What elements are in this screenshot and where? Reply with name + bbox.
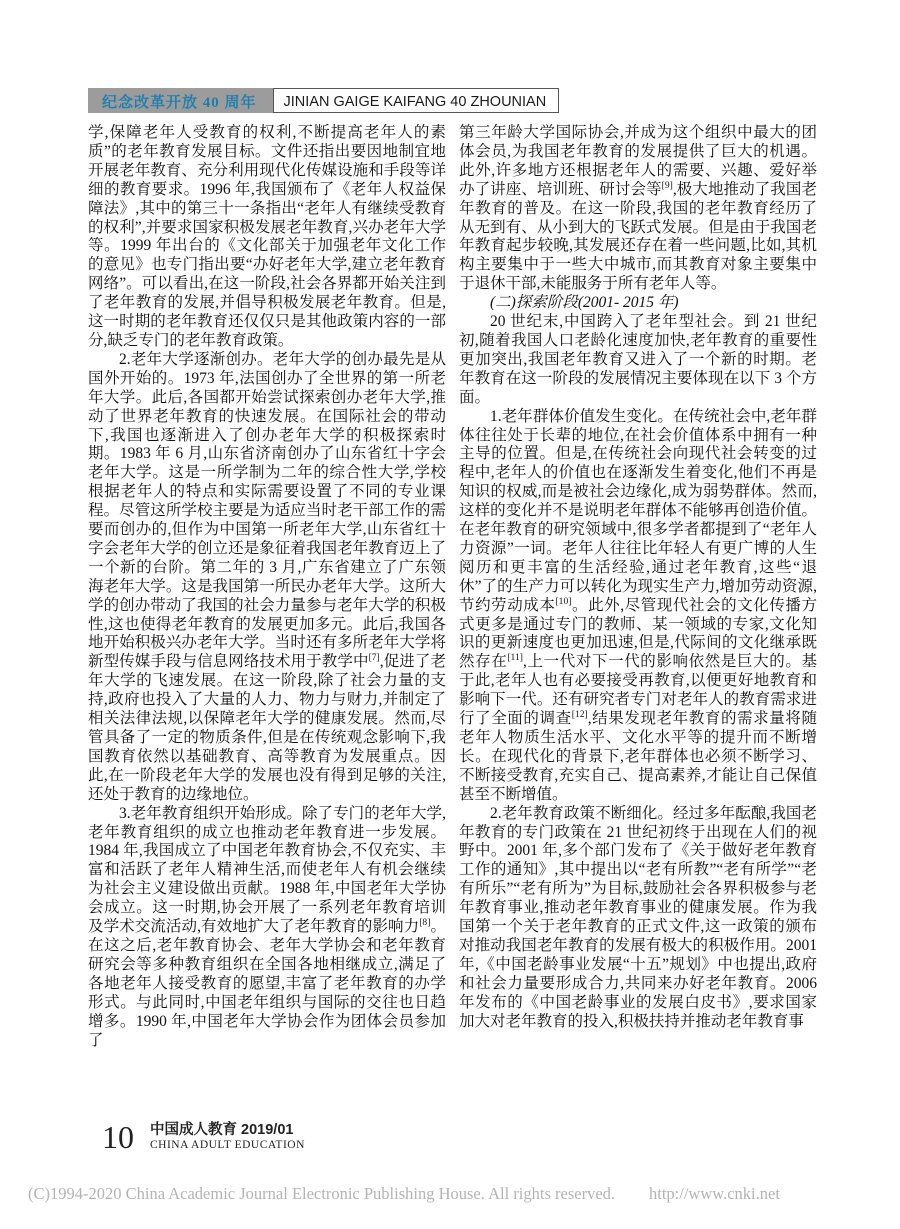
banner-chinese-label: 纪念改革开放 40 周年 [88, 88, 273, 113]
page-footer: 10 中国成人教育 2019/01 CHINA ADULT EDUCATION [102, 1120, 305, 1154]
right-column: 第三年龄大学国际协会,并成为这个组织中最大的团体会员,为我国老年教育的发展提供了… [459, 124, 817, 1092]
left-column: 学,保障老年人受教育的权利,不断提高老年人的素质”的老年教育发展目标。文件还指出… [88, 124, 446, 1092]
section-banner: 纪念改革开放 40 周年 JINIAN GAIGE KAIFANG 40 ZHO… [88, 88, 559, 113]
section-heading: (二)探索阶段(2001- 2015 年) [459, 294, 817, 313]
journal-title-block: 中国成人教育 2019/01 CHINA ADULT EDUCATION [150, 1120, 305, 1152]
copyright-notice: (C)1994-2020 China Academic Journal Elec… [28, 1184, 615, 1203]
reference-marker: [9] [662, 180, 673, 191]
journal-title-cn: 中国成人教育 2019/01 [150, 1122, 305, 1138]
reference-marker: [7] [369, 652, 380, 663]
reference-marker: [10] [555, 596, 571, 607]
reference-marker: [11] [507, 652, 523, 663]
banner-pinyin-label: JINIAN GAIGE KAIFANG 40 ZHOUNIAN [273, 88, 560, 113]
paragraph: 3.老年教育组织开始形成。除了专门的老年大学,老年教育组织的成立也推动老年教育进… [88, 805, 446, 1051]
paragraph: 2.老年大学逐渐创办。老年大学的创办最先是从国外开始的。1973 年,法国创办了… [88, 351, 446, 805]
reference-marker: [8] [419, 917, 430, 928]
paragraph: 2.老年教育政策不断细化。经过多年酝酿,我国老年教育的专门政策在 21 世纪初终… [459, 805, 817, 1032]
copyright-url: http://www.cnki.net [649, 1184, 780, 1203]
page-number: 10 [102, 1120, 134, 1154]
paragraph: 第三年龄大学国际协会,并成为这个组织中最大的团体会员,为我国老年教育的发展提供了… [459, 124, 817, 294]
journal-title-en: CHINA ADULT EDUCATION [150, 1138, 305, 1152]
copyright-line: (C)1994-2020 China Academic Journal Elec… [28, 1184, 888, 1204]
paragraph: 1.老年群体价值发生变化。在传统社会中,老年群体往往处于长辈的地位,在社会价值体… [459, 408, 817, 805]
article-body: 学,保障老年人受教育的权利,不断提高老年人的素质”的老年教育发展目标。文件还指出… [88, 124, 818, 1092]
paragraph: 20 世纪末,中国跨入了老年型社会。到 21 世纪初,随着我国人口老龄化速度加快… [459, 313, 817, 408]
journal-page: 纪念改革开放 40 周年 JINIAN GAIGE KAIFANG 40 ZHO… [0, 0, 900, 1229]
paragraph: 学,保障老年人受教育的权利,不断提高老年人的素质”的老年教育发展目标。文件还指出… [88, 124, 446, 351]
reference-marker: [12] [572, 709, 588, 720]
